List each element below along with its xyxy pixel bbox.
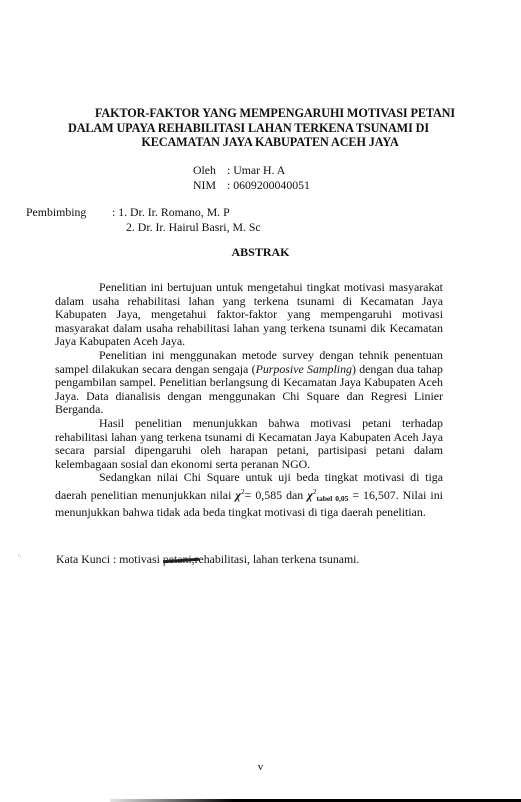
abstract-heading: ABSTRAK	[0, 245, 521, 260]
keywords-label: Kata Kunci : motivasi	[56, 552, 160, 566]
author-name: : Umar H. A	[227, 163, 285, 178]
thesis-title: FAKTOR-FAKTOR YANG MEMPENGARUHI MOTIVASI…	[60, 106, 480, 150]
nim-label: NIM	[193, 178, 227, 193]
chi-table-subscript: tabel 0,05	[317, 494, 349, 503]
keywords-rest: rehabilitasi, lahan terkena tsunami.	[195, 552, 360, 566]
abstract-body: Penelitian ini bertujuan untuk mengetahu…	[55, 281, 443, 519]
nim-value: : 0609200040051	[227, 178, 310, 193]
supervisor-1: : 1. Dr. Ir. Romano, M. P	[112, 205, 230, 220]
title-line-2: DALAM UPAYA REHABILITASI LAHAN TERKENA T…	[60, 121, 480, 136]
abstract-paragraph-1: Penelitian ini bertujuan untuk mengetahu…	[55, 281, 443, 349]
struck-keyword: petani,	[163, 552, 195, 566]
document-page: FAKTOR-FAKTOR YANG MEMPENGARUHI MOTIVASI…	[0, 0, 521, 802]
author-label: Oleh	[193, 163, 227, 178]
abstract-paragraph-3: Hasil penelitian menunjukkan bahwa motiv…	[55, 417, 443, 471]
abstract-paragraph-2: Penelitian ini menggunakan metode survey…	[55, 349, 443, 417]
supervisors-label: Pembimbing	[26, 205, 112, 220]
title-line-1: FAKTOR-FAKTOR YANG MEMPENGARUHI MOTIVASI…	[60, 106, 480, 121]
author-block: Oleh : Umar H. A NIM : 0609200040051	[193, 163, 310, 193]
abstract-paragraph-4: Sedangkan nilai Chi Square untuk uji bed…	[55, 471, 443, 519]
title-line-3: KECAMATAN JAYA KABUPATEN ACEH JAYA	[60, 135, 480, 150]
supervisors-block: Pembimbing : 1. Dr. Ir. Romano, M. P 2. …	[26, 205, 261, 235]
method-term: Purposive Sampling	[256, 362, 352, 376]
page-number: v	[0, 761, 521, 773]
margin-mark: '·	[18, 553, 22, 562]
supervisor-2: 2. Dr. Ir. Hairul Basri, M. Sc	[126, 220, 261, 235]
keywords: Kata Kunci : motivasi petani,rehabilitas…	[56, 552, 359, 567]
